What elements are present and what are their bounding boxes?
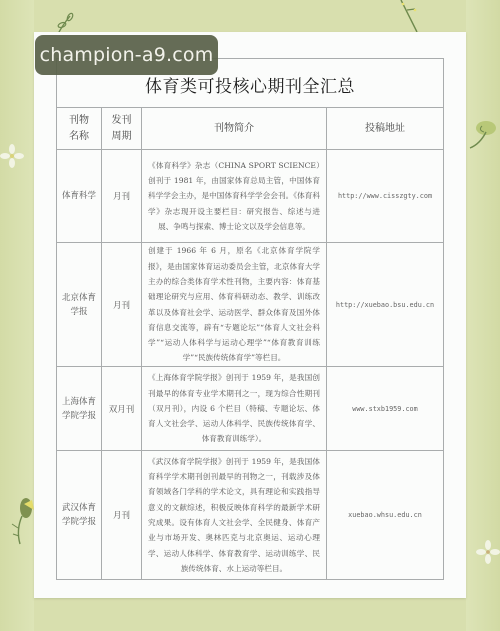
table-row: 北京体育学报 月刊 创建于 1966 年 6 月，原名《北京体育学院学报》，是由… — [57, 243, 443, 367]
flower-icon — [476, 540, 500, 564]
submission-url[interactable]: www.stxb1959.com — [327, 367, 443, 450]
journal-frequency: 月刊 — [102, 243, 142, 366]
watermark-badge: champion-a9.com — [35, 35, 218, 75]
journal-name-text: 武汉体育 — [62, 501, 96, 515]
table-row: 武汉体育学院学报 月刊 《武汉体育学院学报》创刊于 1959 年，是我国体育科学… — [57, 451, 443, 579]
document-title: 体育类可投核心期刊全汇总 — [145, 72, 355, 97]
header-text: 周期 — [112, 129, 132, 145]
journal-name-text: 上海体育 — [62, 395, 96, 409]
journal-frequency: 月刊 — [102, 150, 142, 242]
header-frequency: 发刊周期 — [102, 108, 142, 149]
journal-intro: 《体育科学》杂志（CHINA SPORT SCIENCE）创刊于 1981 年，… — [142, 150, 327, 242]
leaf-sprig-icon — [395, 0, 425, 34]
flower-icon — [0, 144, 24, 168]
submission-url[interactable]: http://xuebao.bsu.edu.cn — [327, 243, 443, 366]
journal-intro: 《武汉体育学院学报》创刊于 1959 年，是我国体育科学学术期刊创刊最早的刊物之… — [142, 451, 327, 579]
journal-name-text: 学院学报 — [62, 515, 96, 529]
journal-name-text: 北京体育 — [62, 291, 96, 305]
background-right-stripe — [466, 0, 500, 631]
header-text: 刊物 — [69, 113, 89, 129]
table-header-row: 刊物名称 发刊周期 刊物简介 投稿地址 — [57, 108, 443, 150]
journal-name: 北京体育学报 — [57, 243, 102, 366]
header-text: 发刊 — [112, 113, 132, 129]
journal-name: 上海体育学院学报 — [57, 367, 102, 450]
header-submission: 投稿地址 — [327, 108, 443, 149]
table-row: 上海体育学院学报 双月刊 《上海体育学院学报》创刊于 1959 年，是我国创刊最… — [57, 367, 443, 451]
leaf-sprig-icon — [466, 120, 500, 154]
submission-url[interactable]: xuebao.whsu.edu.cn — [327, 451, 443, 579]
watermark-text: champion-a9.com — [40, 44, 214, 66]
header-text: 名称 — [69, 129, 89, 145]
journal-name: 武汉体育学院学报 — [57, 451, 102, 579]
journal-intro: 创建于 1966 年 6 月，原名《北京体育学院学报》，是由国家体育运动委员会主… — [142, 243, 327, 366]
journal-name-text: 体育科学 — [62, 189, 96, 203]
journal-name: 体育科学 — [57, 150, 102, 242]
journal-name-text: 学报 — [62, 305, 96, 319]
journal-intro: 《上海体育学院学报》创刊于 1959 年，是我国创刊最早的体育专业学术期刊之一，… — [142, 367, 327, 450]
submission-url[interactable]: http://www.cisszgty.com — [327, 150, 443, 242]
journal-frequency: 月刊 — [102, 451, 142, 579]
table-row: 体育科学 月刊 《体育科学》杂志（CHINA SPORT SCIENCE）创刊于… — [57, 150, 443, 243]
journal-name-text: 学院学报 — [62, 409, 96, 423]
header-journal-name: 刊物名称 — [57, 108, 102, 149]
journal-frequency: 双月刊 — [102, 367, 142, 450]
header-intro: 刊物简介 — [142, 108, 327, 149]
journal-table: 体育类可投核心期刊全汇总 刊物名称 发刊周期 刊物简介 投稿地址 体育科学 月刊… — [56, 58, 444, 580]
